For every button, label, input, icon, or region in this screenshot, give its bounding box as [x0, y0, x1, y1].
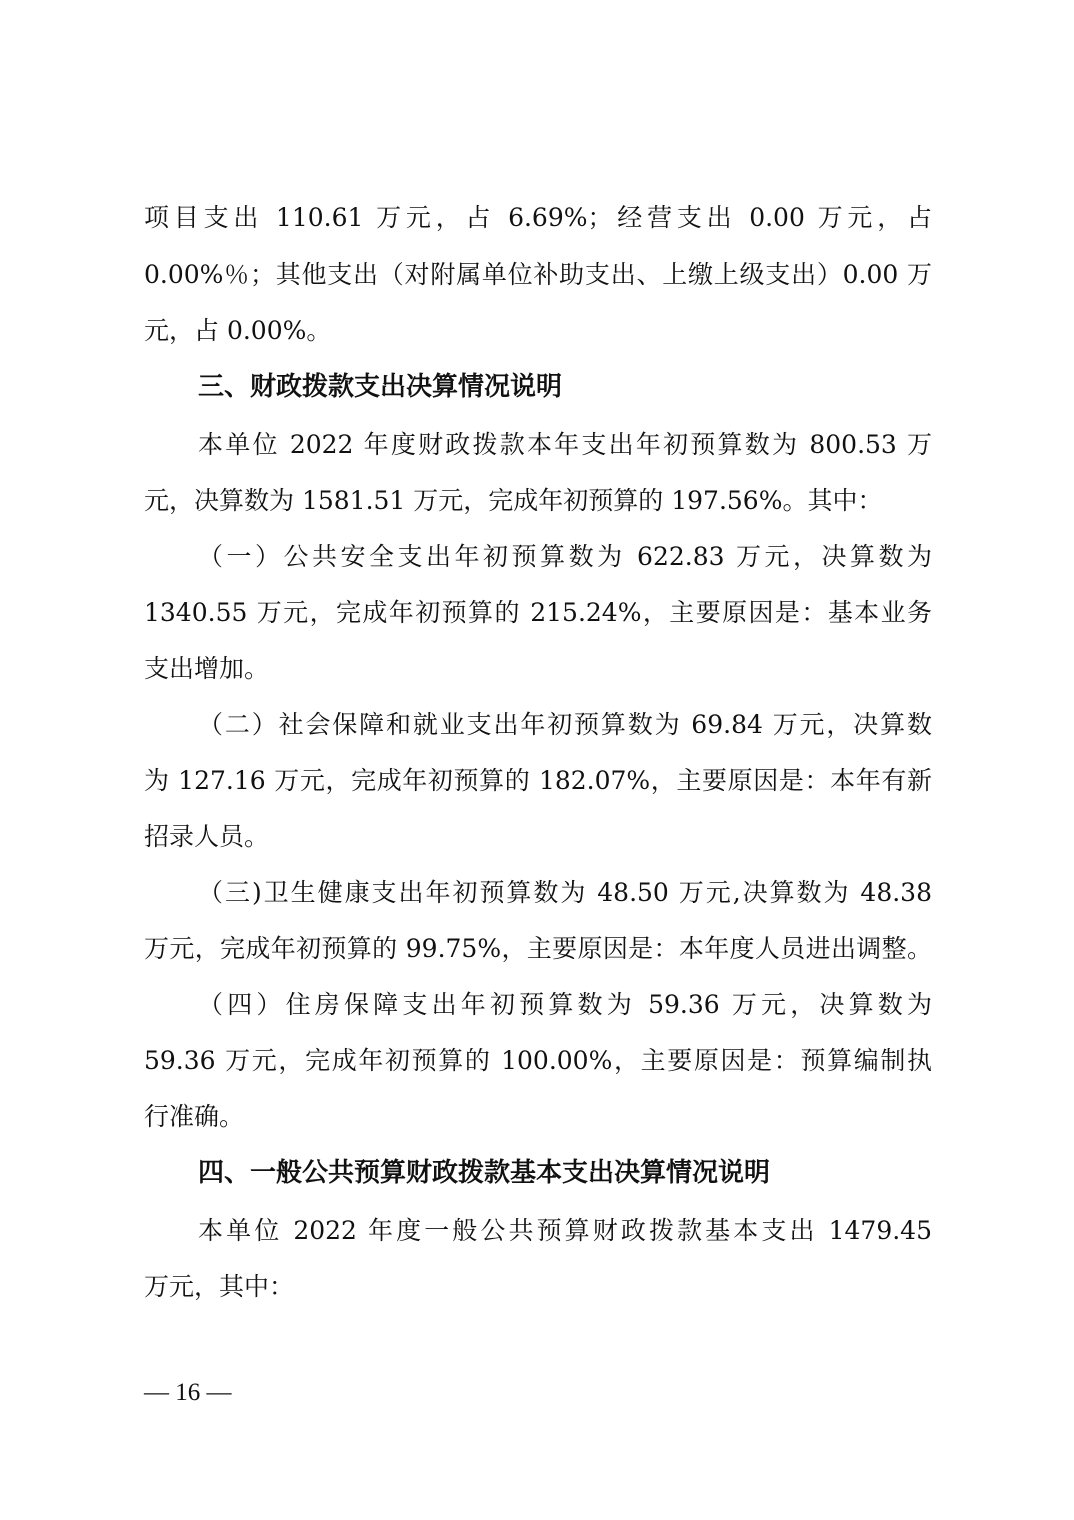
item-1-line: （一）公共安全支出年初预算数为 622.83 万元，决算数为	[198, 542, 932, 572]
item-4-line: 59.36 万元，完成年初预算的 100.00%，主要原因是：预算编制执	[144, 1046, 932, 1076]
paragraph-line: 本单位 2022 年度财政拨款本年支出年初预算数为 800.53 万	[198, 430, 932, 460]
section-heading-4: 四、一般公共预算财政拨款基本支出决算情况说明	[198, 1158, 770, 1188]
paragraph-line: 元，决算数为 1581.51 万元，完成年初预算的 197.56%。其中：	[144, 486, 932, 516]
paragraph-line: 0.00%％；其他支出（对附属单位补助支出、上缴上级支出）0.00 万	[144, 260, 932, 290]
paragraph-line: 本单位 2022 年度一般公共预算财政拨款基本支出 1479.45	[198, 1216, 932, 1246]
item-1-line: 1340.55 万元，完成年初预算的 215.24%，主要原因是：基本业务	[144, 598, 932, 628]
item-2-line: 为 127.16 万元，完成年初预算的 182.07%，主要原因是：本年有新	[144, 766, 932, 796]
item-3-line: 万元，完成年初预算的 99.75%，主要原因是：本年度人员进出调整。	[144, 934, 932, 964]
item-4-line: 行准确。	[144, 1102, 932, 1132]
paragraph-line: 万元，其中：	[144, 1272, 932, 1302]
section-heading-3: 三、财政拨款支出决算情况说明	[198, 372, 562, 402]
paragraph-line: 项目支出 110.61 万元，占 6.69%；经营支出 0.00 万元，占	[144, 203, 932, 233]
item-2-line: （二）社会保障和就业支出年初预算数为 69.84 万元，决算数	[198, 710, 932, 740]
paragraph-line: 元，占 0.00%。	[144, 316, 932, 346]
item-1-line: 支出增加。	[144, 654, 932, 684]
item-4-line: （四）住房保障支出年初预算数为 59.36 万元，决算数为	[198, 990, 932, 1020]
page-number: — 16 —	[144, 1378, 232, 1408]
item-3-line: （三)卫生健康支出年初预算数为 48.50 万元,决算数为 48.38	[198, 878, 932, 908]
item-2-line: 招录人员。	[144, 822, 932, 852]
